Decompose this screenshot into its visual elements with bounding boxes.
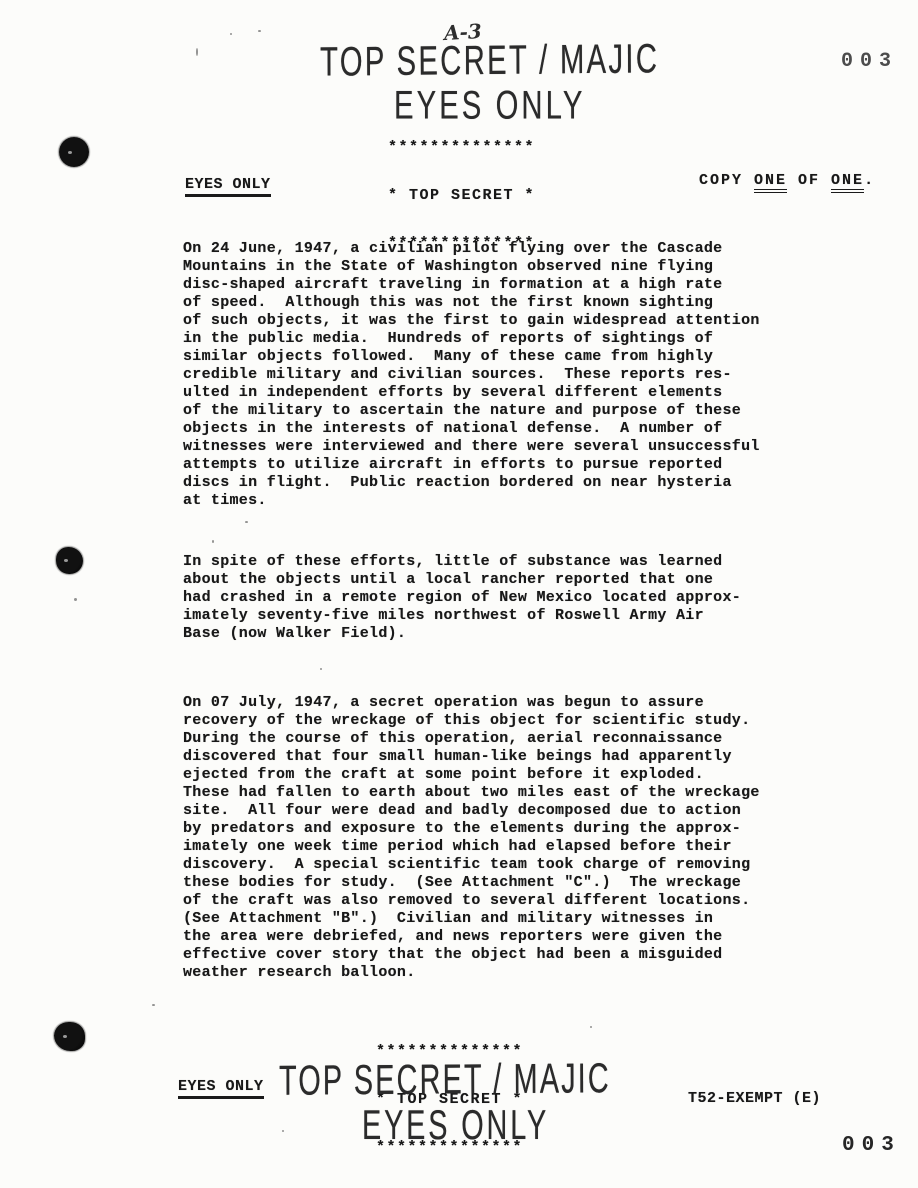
paragraph-1: On 24 June, 1947, a civilian pilot flyin… [183, 240, 760, 510]
paragraph-2: In spite of these efforts, little of sub… [183, 553, 741, 643]
scan-speck [196, 48, 198, 56]
top-secret-majic-stamp-bottom: TOP SECRET / MAJIC [279, 1055, 611, 1105]
hole-punch-mark [56, 547, 83, 574]
scan-speck [258, 30, 261, 32]
hole-punch-mark [59, 137, 89, 167]
scan-speck [74, 598, 77, 601]
scan-speck [282, 1130, 284, 1132]
scan-speck [320, 668, 322, 670]
document-page: A-3 TOP SECRET / MAJIC EYES ONLY 003 ***… [0, 0, 918, 1188]
eyes-only-footer: EYES ONLY [178, 1078, 264, 1095]
copy-period: . [864, 172, 875, 189]
eyes-only-footer-text: EYES ONLY [178, 1078, 264, 1099]
top-secret-label: * TOP SECRET * [388, 188, 535, 204]
page-number-top: 003 [841, 50, 898, 73]
page-number-bottom: 003 [842, 1134, 901, 1157]
eyes-only-header: EYES ONLY [185, 176, 271, 193]
copy-one-second: ONE [831, 172, 864, 193]
asterisk-row: ************** [388, 140, 535, 156]
scan-speck [212, 540, 214, 543]
copy-one-first: ONE [754, 172, 787, 193]
top-secret-majic-stamp-top: TOP SECRET / MAJIC [320, 37, 659, 87]
eyes-only-stamp-bottom: EYES ONLY [362, 1102, 549, 1149]
paragraph-3: On 07 July, 1947, a secret operation was… [183, 694, 760, 982]
scan-speck [152, 1004, 155, 1006]
hole-punch-mark [54, 1022, 85, 1051]
copy-line: COPY ONE OF ONE. [699, 172, 875, 189]
copy-prefix: COPY [699, 172, 754, 189]
exemption-code: T52-EXEMPT (E) [688, 1090, 821, 1107]
scan-speck [230, 33, 232, 35]
scan-speck [245, 521, 248, 523]
eyes-only-header-text: EYES ONLY [185, 176, 271, 197]
scan-speck [590, 1026, 592, 1028]
copy-of: OF [787, 172, 831, 189]
